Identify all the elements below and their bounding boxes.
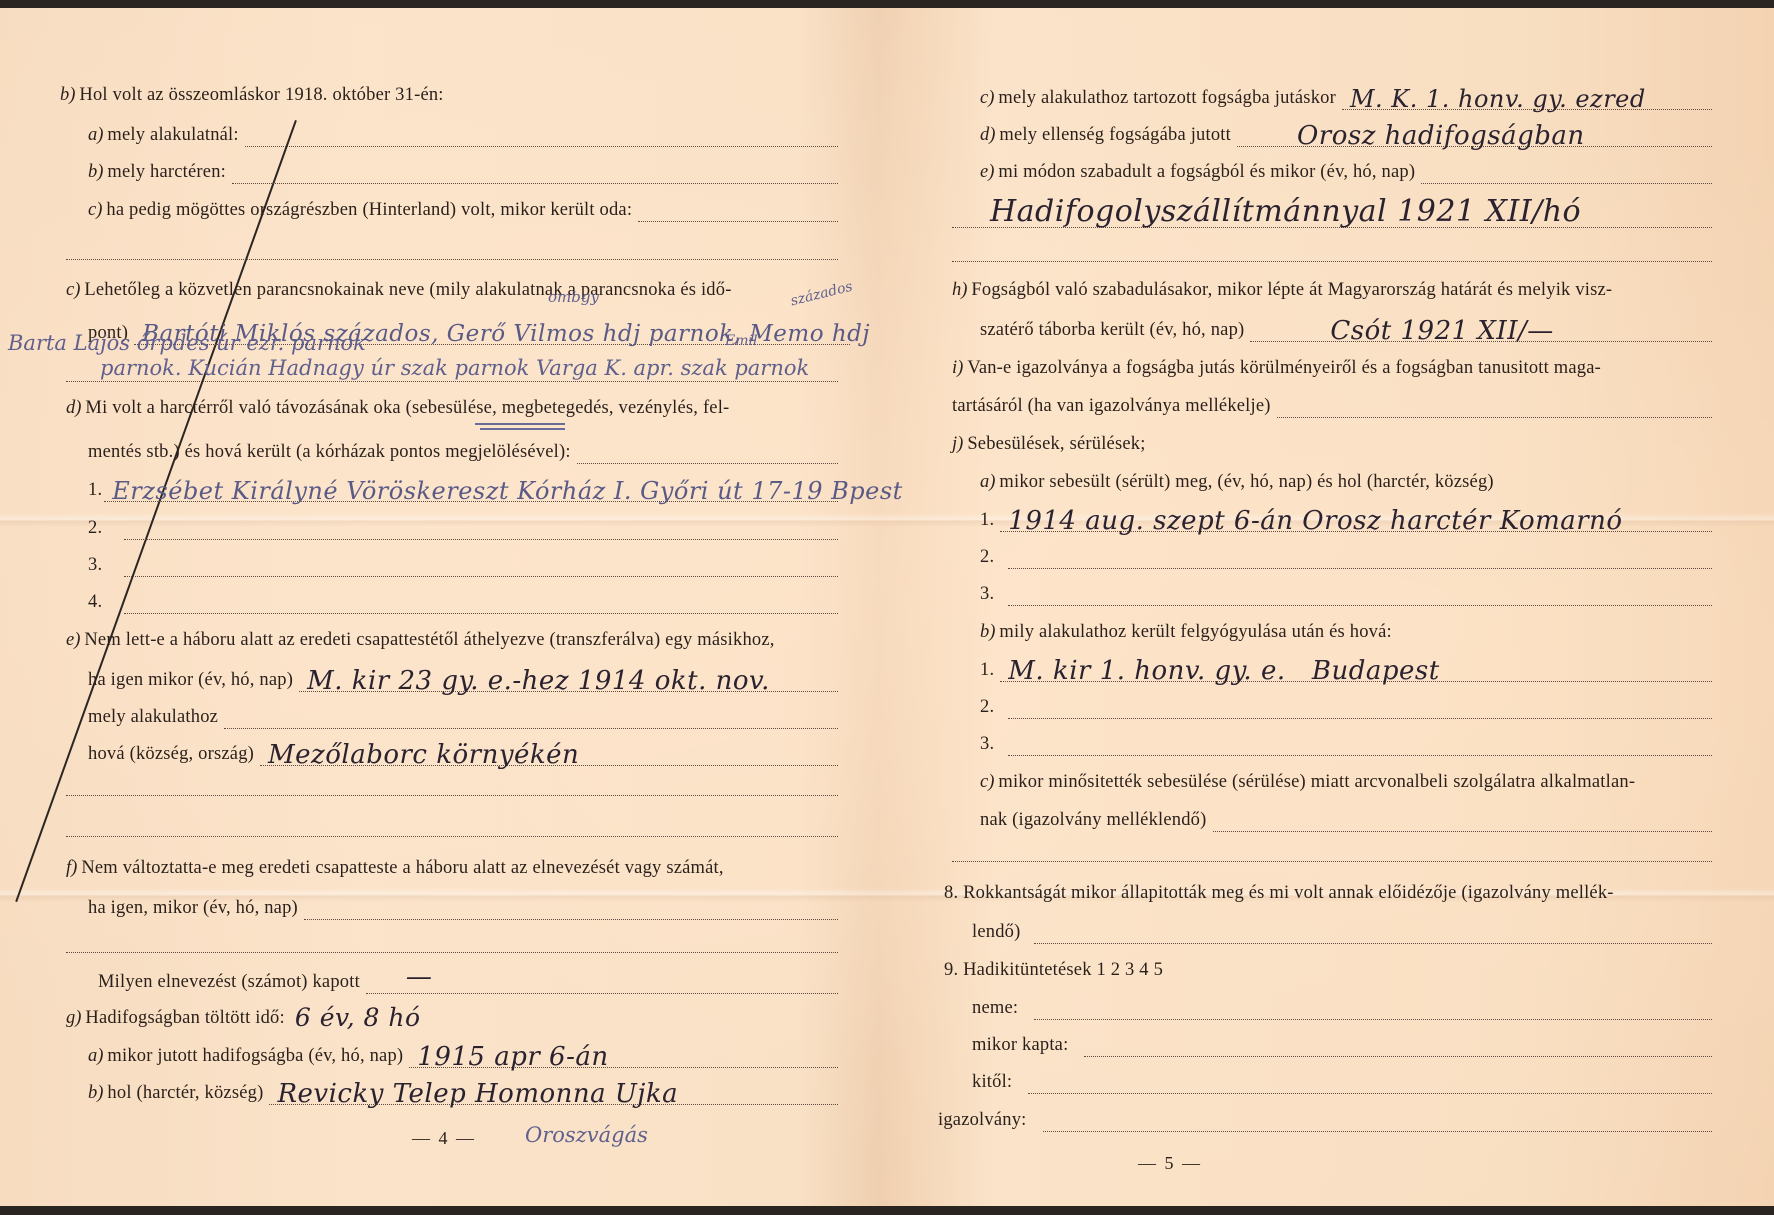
field-c: c) mely alakulathoz tartozott fogságba j… (980, 86, 1712, 110)
field-d-item-1-input[interactable]: Erzsébet Királyné Vöröskereszt Kórház I.… (104, 483, 838, 502)
label: mely ellenség fogságába jutott (999, 123, 1231, 147)
question-8: 8. Rokkantságát mikor állapitották meg é… (944, 881, 1614, 905)
label: mily alakulathoz került felgyógyulása ut… (999, 620, 1391, 644)
field-9-igazolvany-input[interactable] (1043, 1113, 1712, 1132)
field-j-b-1-input[interactable]: M. kir 1. honv. gy. e. Budapest (1000, 663, 1712, 682)
value: M. kir 23 gy. e.-hez 1914 okt. nov. (307, 669, 770, 693)
field-j-a-1: 1. 1914 aug. szept 6-án Orosz harctér Ko… (980, 508, 1712, 532)
question-j-c: c) mikor minősitették sebesülése (sérülé… (980, 770, 1635, 794)
field-h-input[interactable]: Csót 1921 XII/— (1250, 323, 1712, 342)
field-9-igazolvany: igazolvány: (938, 1108, 1712, 1132)
field-e-where-input[interactable]: Mezőlaborc környékén (260, 747, 838, 766)
marker: a) (980, 470, 995, 494)
label: 2. (980, 545, 994, 569)
field-d-item-3: 3. (88, 553, 838, 577)
marker: e) (980, 160, 994, 184)
value: 6 év, 8 hó (295, 1006, 421, 1030)
marker: a) (88, 123, 103, 147)
label: igazolvány: (938, 1108, 1027, 1132)
question-f-title: f) Nem változtatta-e meg eredeti csapatt… (66, 856, 724, 880)
field-c-input[interactable]: M. K. 1. honv. gy. ezred (1342, 91, 1712, 110)
label: 3. (980, 582, 994, 606)
label: neme: (972, 996, 1018, 1020)
label: mikor sebesült (sérült) meg, (év, hó, na… (999, 470, 1493, 494)
field-j-a-3-input[interactable] (1008, 587, 1712, 606)
field-d-item-2-input[interactable] (124, 521, 838, 540)
field-9-mikor: mikor kapta: (972, 1033, 1712, 1057)
field-e-input[interactable] (1421, 165, 1712, 184)
field-c-line2[interactable] (66, 380, 838, 382)
field-d: d) mely ellenség fogságába jutott Orosz … (980, 123, 1712, 147)
label: Milyen elnevezést (számot) kapott (98, 970, 360, 994)
field-b-c: c) ha pedig mögöttes országrészben (Hint… (88, 198, 838, 222)
value: 1914 aug. szept 6-án Orosz harctér Komar… (1008, 509, 1622, 533)
label: 1. (88, 478, 102, 502)
field-f-name: Milyen elnevezést (számot) kapott — (98, 970, 838, 994)
pen-strike-line (15, 120, 297, 902)
field-b-a-input[interactable] (245, 128, 838, 147)
label: 3. (88, 553, 102, 577)
field-g-time: g) Hadifogságban töltött idő: 6 év, 8 hó (66, 1006, 421, 1030)
marker: f) (66, 856, 77, 880)
label: lendő) (972, 920, 1020, 944)
label: 2. (980, 695, 994, 719)
field-d-item-1: 1. Erzsébet Királyné Vöröskereszt Kórház… (88, 478, 838, 502)
blank-line[interactable] (952, 860, 1712, 862)
field-d-item-4-input[interactable] (124, 595, 838, 614)
marker: b) (88, 160, 103, 184)
field-d-item-3-input[interactable] (124, 558, 838, 577)
label: Fogságból való szabadulásakor, mikor lép… (971, 278, 1612, 302)
label: mely harctéren: (107, 160, 226, 184)
blank-line[interactable] (66, 835, 838, 837)
label: tartásáról (ha van igazolványa mellékelj… (952, 394, 1271, 418)
label: mikor kapta: (972, 1033, 1068, 1057)
value: M. kir 1. honv. gy. e. Budapest (1008, 659, 1439, 683)
field-b-b-input[interactable] (232, 165, 838, 184)
blank-line[interactable] (952, 260, 1712, 262)
label: ha igen, mikor (év, hó, nap) (88, 896, 298, 920)
marker: j) (952, 432, 963, 456)
field-9-neme-input[interactable] (1034, 1001, 1712, 1020)
field-9-mikor-input[interactable] (1084, 1038, 1712, 1057)
field-f-name-input[interactable]: — (366, 975, 838, 994)
label: nak (igazolvány melléklendő) (980, 808, 1207, 832)
marker: g) (66, 1006, 81, 1030)
field-g-b-input[interactable]: Revicky Telep Homonna Ujka (269, 1086, 838, 1105)
field-e-unit: mely alakulathoz (88, 705, 838, 729)
label: mely alakulathoz (88, 705, 218, 729)
field-j-a-3: 3. (980, 582, 1712, 606)
field-f-when: ha igen, mikor (év, hó, nap) (88, 896, 838, 920)
field-j-c-input[interactable] (1213, 813, 1713, 832)
field-j-b-2: 2. (980, 695, 1712, 719)
question-i-title: i) Van-e igazolványa a fogságba jutás kö… (952, 356, 1601, 380)
pencil-superscript: százados (789, 279, 854, 310)
label: ha igen mikor (év, hó, nap) (88, 668, 293, 692)
left-page: b) Hol volt az összeomláskor 1918. októb… (0, 8, 880, 1206)
field-d-item-2: 2. (88, 516, 838, 540)
label: Hol volt az összeomláskor 1918. október … (79, 83, 443, 107)
value: Erzsébet Királyné Vöröskereszt Kórház I.… (112, 479, 903, 503)
field-e-where: hová (község, ország) Mezőlaborc környék… (88, 742, 838, 766)
label: 9. Hadikitüntetések 1 2 3 4 5 (944, 958, 1163, 982)
label: mentés stb.) és hová került (a kórházak … (88, 440, 571, 464)
label: mikor jutott hadifogságba (év, hó, nap) (107, 1044, 403, 1068)
value: Mezőlaborc környékén (268, 743, 579, 767)
field-i: tartásáról (ha van igazolványa mellékelj… (952, 394, 1712, 418)
marker: e) (66, 628, 80, 652)
page-number: — 5 — (1138, 1153, 1202, 1174)
pencil-underline (475, 423, 565, 425)
field-b-b: b) mely harctéren: (88, 160, 838, 184)
field-b-c-input[interactable] (638, 203, 838, 222)
field-i-input[interactable] (1277, 399, 1712, 418)
field-e-when: ha igen mikor (év, hó, nap) M. kir 23 gy… (88, 668, 838, 692)
blank-line[interactable] (66, 951, 838, 953)
label: hová (község, ország) (88, 742, 254, 766)
field-d-line2: mentés stb.) és hová került (a kórházak … (88, 440, 838, 464)
handwritten-value: parnok. Kucián Hadnagy úr szak parnok Va… (100, 356, 809, 380)
label: 1. (980, 508, 994, 532)
marker: a) (88, 1044, 103, 1068)
right-page: c) mely alakulathoz tartozott fogságba j… (900, 8, 1774, 1206)
label: mi módon szabadult a fogságból és mikor … (998, 160, 1415, 184)
label: Van-e igazolványa a fogságba jutás körül… (967, 356, 1601, 380)
label: mely alakulathoz tartozott fogságba jutá… (998, 86, 1336, 110)
field-9-kitol: kitől: (972, 1070, 1712, 1094)
value: 1915 apr 6-án (417, 1045, 608, 1069)
label: Mi volt a harctérről való távozásának ok… (85, 396, 729, 420)
marker: d) (66, 396, 81, 420)
marker: c) (980, 86, 994, 110)
question-e-title: e) Nem lett-e a háboru alatt az eredeti … (66, 628, 775, 652)
label: ha pedig mögöttes országrészben (Hinterl… (106, 198, 632, 222)
label: Nem változtatta-e meg eredeti csapattest… (81, 856, 723, 880)
field-j-c: nak (igazolvány melléklendő) (980, 808, 1712, 832)
question-c-title: c) Lehetőleg a közvetlen parancsnokainak… (66, 278, 732, 302)
question-j-title: j) Sebesülések, sérülések; (952, 432, 1146, 456)
field-j-b-3: 3. (980, 732, 1712, 756)
question-9: 9. Hadikitüntetések 1 2 3 4 5 (944, 958, 1163, 982)
blank-line[interactable] (66, 258, 838, 260)
field-e-when-input[interactable]: M. kir 23 gy. e.-hez 1914 okt. nov. (299, 673, 838, 692)
marker: c) (66, 278, 80, 302)
label: 1. (980, 658, 994, 682)
pencil-margin-note: Barta Lajos őrpdes úr ezr. parnok (8, 331, 366, 355)
pencil-underline (480, 428, 565, 430)
field-h: szatérő táborba került (év, hó, nap) Csó… (980, 318, 1712, 342)
pencil-note: Oroszvágás (525, 1123, 648, 1147)
field-b-a: a) mely alakulatnál: (88, 123, 838, 147)
marker: i) (952, 356, 963, 380)
blank-line[interactable] (66, 794, 838, 796)
marker: b) (88, 1081, 103, 1105)
pencil-superscript: Emil (725, 333, 757, 349)
field-d-input[interactable]: Orosz hadifogságban (1237, 128, 1712, 147)
label: 2. (88, 516, 102, 540)
page-number: — 4 — (412, 1128, 476, 1149)
field-j-b-3-input[interactable] (1008, 737, 1712, 756)
label: 8. Rokkantságát mikor állapitották meg é… (944, 881, 1614, 905)
value: Revicky Telep Homonna Ujka (277, 1082, 678, 1106)
field-e-unit-input[interactable] (224, 710, 838, 729)
label: szatérő táborba került (év, hó, nap) (980, 318, 1244, 342)
field-d-item-4: 4. (88, 590, 838, 614)
label: 3. (980, 732, 994, 756)
marker: h) (952, 278, 967, 302)
label: Nem lett-e a háboru alatt az eredeti csa… (84, 628, 774, 652)
marker: c) (980, 770, 994, 794)
field-j-a-2-input[interactable] (1008, 550, 1712, 569)
field-g-b: b) hol (harctér, község) Revicky Telep H… (88, 1081, 838, 1105)
label: Hadifogságban töltött idő: (85, 1006, 284, 1030)
label: 4. (88, 590, 102, 614)
pencil-superscript: ombgy (548, 288, 599, 306)
field-8-input[interactable] (1034, 925, 1712, 944)
question-h-title: h) Fogságból való szabadulásakor, mikor … (952, 278, 1612, 302)
label: kitől: (972, 1070, 1012, 1094)
label: hol (harctér, község) (107, 1081, 263, 1105)
field-j-b-1: 1. M. kir 1. honv. gy. e. Budapest (980, 658, 1712, 682)
field-j-a-1-input[interactable]: 1914 aug. szept 6-án Orosz harctér Komar… (1000, 513, 1712, 532)
question-d-title: d) Mi volt a harctérről való távozásának… (66, 396, 729, 420)
value: Csót 1921 XII/— (1330, 319, 1553, 343)
value: — (406, 965, 433, 989)
document-sheet: b) Hol volt az összeomláskor 1918. októb… (0, 8, 1774, 1206)
label: mely alakulatnál: (107, 123, 238, 147)
field-e: e) mi módon szabadult a fogságból és mik… (980, 160, 1712, 184)
question-j-b: b) mily alakulathoz került felgyógyulása… (980, 620, 1392, 644)
value: Orosz hadifogságban (1297, 124, 1585, 148)
field-9-neme: neme: (972, 996, 1712, 1020)
field-g-a: a) mikor jutott hadifogságba (év, hó, na… (88, 1044, 838, 1068)
question-b-title: b) Hol volt az összeomláskor 1918. októb… (60, 83, 444, 107)
value: M. K. 1. honv. gy. ezred (1350, 87, 1646, 111)
marker: c) (88, 198, 102, 222)
marker: d) (980, 123, 995, 147)
marker: b) (60, 83, 75, 107)
marker: b) (980, 620, 995, 644)
field-j-a-2: 2. (980, 545, 1712, 569)
field-9-kitol-input[interactable] (1028, 1075, 1712, 1094)
field-d-line2-input[interactable] (577, 445, 838, 464)
field-8: lendő) (972, 920, 1712, 944)
label: Lehetőleg a közvetlen parancsnokainak ne… (84, 278, 731, 302)
label: mikor minősitették sebesülése (sérülése)… (998, 770, 1635, 794)
label: Sebesülések, sérülések; (967, 432, 1145, 456)
question-j-a: a) mikor sebesült (sérült) meg, (év, hó,… (980, 470, 1494, 494)
field-j-b-2-input[interactable] (1008, 700, 1712, 719)
field-f-when-input[interactable] (304, 901, 838, 920)
field-g-a-input[interactable]: 1915 apr 6-án (409, 1049, 838, 1068)
